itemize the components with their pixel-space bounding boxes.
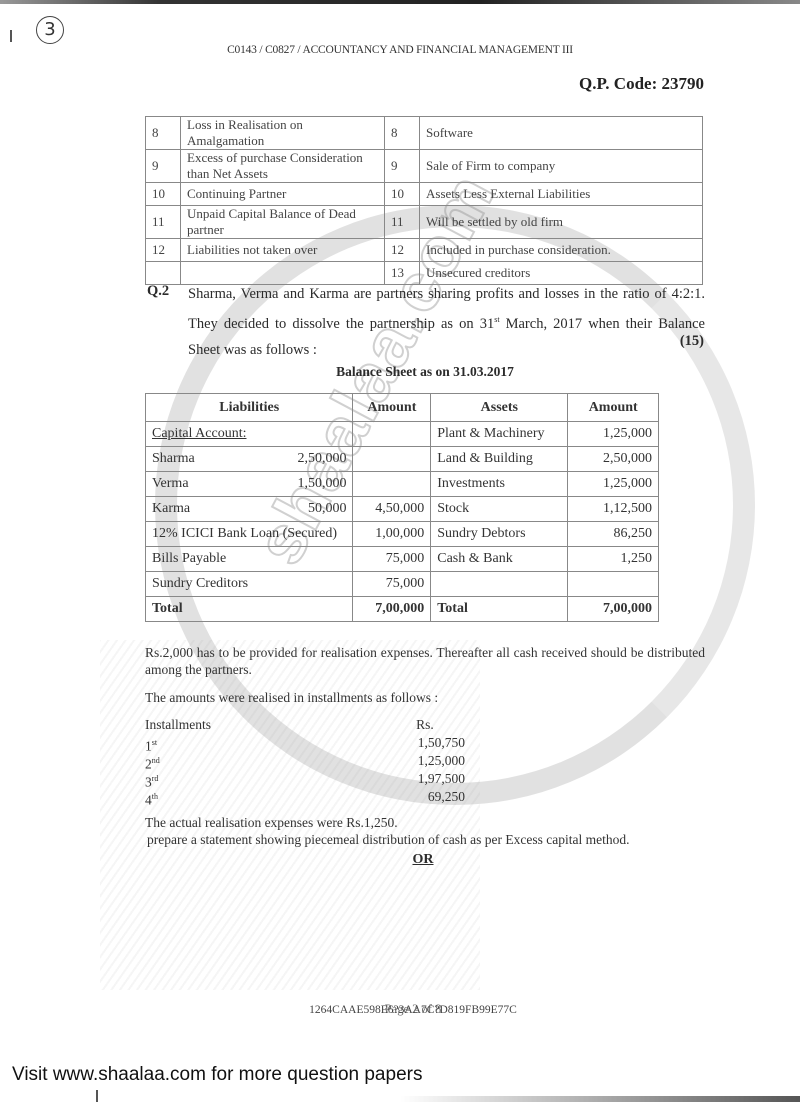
column-b-text: Will be settled by old firm — [420, 206, 703, 239]
column-a-text: Liabilities not taken over — [181, 239, 385, 262]
installments-list: Installments Rs. 1st1,50,7502nd1,25,0003… — [145, 716, 465, 806]
header-assets: Assets — [431, 394, 568, 422]
asset-amount: 1,25,000 — [568, 472, 659, 497]
item-number — [146, 262, 181, 285]
ordinal-suffix: st — [152, 738, 157, 747]
item-number: 8 — [385, 117, 420, 150]
column-a-text: Loss in Realisation on Amalgamation — [181, 117, 385, 150]
asset-amount: 2,50,000 — [568, 447, 659, 472]
liability-cell: Verma1,50,000 — [146, 472, 353, 497]
match-row: 10Continuing Partner10Assets Less Extern… — [146, 183, 703, 206]
installment-row: 4th69,250 — [145, 788, 465, 806]
liability-cell: Capital Account: — [146, 422, 353, 447]
scan-mark — [10, 30, 12, 42]
scan-edge — [400, 1096, 800, 1102]
liability-name: Capital Account: — [152, 426, 246, 442]
column-b-text: Assets Less External Liabilities — [420, 183, 703, 206]
column-b-text: Sale of Firm to company — [420, 150, 703, 183]
asset-name: Plant & Machinery — [431, 422, 568, 447]
scan-edge — [0, 0, 800, 4]
installments-label: Installments — [145, 716, 211, 734]
asset-amount: 1,25,000 — [568, 422, 659, 447]
match-table: 8Loss in Realisation on Amalgamation8Sof… — [145, 116, 703, 285]
installment-amount: 69,250 — [385, 788, 465, 806]
item-number: 9 — [146, 150, 181, 183]
installment-ordinal: 3rd — [145, 770, 158, 788]
asset-name: Stock — [431, 497, 568, 522]
footer-page-number: Page 2 of 8 — [0, 1002, 800, 1017]
page-number-marker: 3 — [36, 16, 64, 44]
liability-sub-amount: 50,000 — [308, 501, 347, 517]
installment-ordinal: 4th — [145, 788, 158, 806]
asset-name: Land & Building — [431, 447, 568, 472]
paragraph-actual-expenses: The actual realisation expenses were Rs.… — [145, 815, 705, 831]
asset-name: Sundry Debtors — [431, 522, 568, 547]
qp-code: Q.P. Code: 23790 — [579, 74, 704, 94]
liability-amount — [353, 447, 431, 472]
balance-sheet-row: Sundry Creditors75,000 — [146, 572, 659, 597]
ordinal-suffix: nd — [152, 756, 160, 765]
installment-amount: 1,50,750 — [385, 734, 465, 752]
match-row: 12Liabilities not taken over12Included i… — [146, 239, 703, 262]
installment-amount: 1,25,000 — [385, 752, 465, 770]
total-amount: 7,00,000 — [568, 597, 659, 622]
item-number: 10 — [146, 183, 181, 206]
ordinal-suffix: rd — [152, 774, 159, 783]
item-number: 11 — [385, 206, 420, 239]
liability-name: 12% ICICI Bank Loan (Secured) — [152, 526, 337, 542]
liability-name: Sundry Creditors — [152, 576, 248, 592]
match-row: 9Excess of purchase Consideration than N… — [146, 150, 703, 183]
balance-sheet-row: Verma1,50,000Investments1,25,000 — [146, 472, 659, 497]
liability-amount: 75,000 — [353, 572, 431, 597]
column-b-text: Included in purchase consideration. — [420, 239, 703, 262]
liability-name: Karma — [152, 501, 190, 517]
column-a-text: Excess of purchase Consideration than Ne… — [181, 150, 385, 183]
item-number: 11 — [146, 206, 181, 239]
installment-row: 3rd1,97,500 — [145, 770, 465, 788]
asset-name — [431, 572, 568, 597]
ordinal-suffix: th — [152, 792, 158, 801]
item-number: 9 — [385, 150, 420, 183]
column-a-text: Unpaid Capital Balance of Dead partner — [181, 206, 385, 239]
total-label: Total — [431, 597, 568, 622]
asset-amount: 1,12,500 — [568, 497, 659, 522]
asset-amount: 86,250 — [568, 522, 659, 547]
or-separator: OR — [0, 852, 800, 868]
liability-name: Verma — [152, 476, 189, 492]
liability-name: Bills Payable — [152, 551, 226, 567]
balance-sheet-row: Sharma2,50,000Land & Building2,50,000 — [146, 447, 659, 472]
balance-sheet-title: Balance Sheet as on 31.03.2017 — [0, 364, 800, 380]
header-amount: Amount — [353, 394, 431, 422]
balance-sheet-row: Capital Account:Plant & Machinery1,25,00… — [146, 422, 659, 447]
liability-cell: Sharma2,50,000 — [146, 447, 353, 472]
asset-name: Cash & Bank — [431, 547, 568, 572]
item-number: 12 — [146, 239, 181, 262]
asset-amount — [568, 572, 659, 597]
balance-sheet-row: Bills Payable75,000Cash & Bank1,250 — [146, 547, 659, 572]
balance-sheet-row: Karma50,0004,50,000Stock1,12,500 — [146, 497, 659, 522]
paragraph-instruction: prepare a statement showing piecemeal di… — [147, 832, 707, 848]
installment-row: 2nd1,25,000 — [145, 752, 465, 770]
liability-cell: Karma50,000 — [146, 497, 353, 522]
match-row: 8Loss in Realisation on Amalgamation8Sof… — [146, 117, 703, 150]
balance-sheet-table: Liabilities Amount Assets Amount Capital… — [145, 393, 659, 622]
item-number: 12 — [385, 239, 420, 262]
column-b-text: Software — [420, 117, 703, 150]
balance-sheet-row: 12% ICICI Bank Loan (Secured)1,00,000Sun… — [146, 522, 659, 547]
asset-amount: 1,250 — [568, 547, 659, 572]
installment-ordinal: 1st — [145, 734, 157, 752]
header-amount: Amount — [568, 394, 659, 422]
liability-name: Sharma — [152, 451, 195, 467]
liability-amount: 1,00,000 — [353, 522, 431, 547]
course-header: C0143 / C0827 / ACCOUNTANCY AND FINANCIA… — [0, 44, 800, 56]
column-a-text: Continuing Partner — [181, 183, 385, 206]
liability-cell: 12% ICICI Bank Loan (Secured) — [146, 522, 353, 547]
ordinal-number: 4 — [145, 793, 152, 808]
installment-row: 1st1,50,750 — [145, 734, 465, 752]
installments-currency: Rs. — [385, 716, 465, 734]
scan-mark — [96, 1090, 98, 1102]
liability-sub-amount: 2,50,000 — [297, 451, 346, 467]
installment-ordinal: 2nd — [145, 752, 160, 770]
liability-amount: 4,50,000 — [353, 497, 431, 522]
site-banner: Visit www.shaalaa.com for more question … — [12, 1064, 422, 1086]
header-liabilities: Liabilities — [146, 394, 353, 422]
asset-name: Investments — [431, 472, 568, 497]
liability-cell: Bills Payable — [146, 547, 353, 572]
paragraph-installments-intro: The amounts were realised in installment… — [145, 690, 705, 706]
match-row: 11Unpaid Capital Balance of Dead partner… — [146, 206, 703, 239]
total-row: Total 7,00,000 Total 7,00,000 — [146, 597, 659, 622]
liability-amount — [353, 422, 431, 447]
liability-amount: 75,000 — [353, 547, 431, 572]
question-marks: (15) — [680, 333, 704, 350]
liability-cell: Sundry Creditors — [146, 572, 353, 597]
item-number: 8 — [146, 117, 181, 150]
installment-amount: 1,97,500 — [385, 770, 465, 788]
installments-header: Installments Rs. — [145, 716, 465, 734]
question-label: Q.2 — [147, 283, 169, 300]
total-label: Total — [146, 597, 353, 622]
item-number: 10 — [385, 183, 420, 206]
liability-amount — [353, 472, 431, 497]
liability-sub-amount: 1,50,000 — [297, 476, 346, 492]
paragraph-realisation-expenses: Rs.2,000 has to be provided for realisat… — [145, 644, 705, 678]
question-text: Sharma, Verma and Karma are partners sha… — [188, 281, 705, 363]
total-amount: 7,00,000 — [353, 597, 431, 622]
